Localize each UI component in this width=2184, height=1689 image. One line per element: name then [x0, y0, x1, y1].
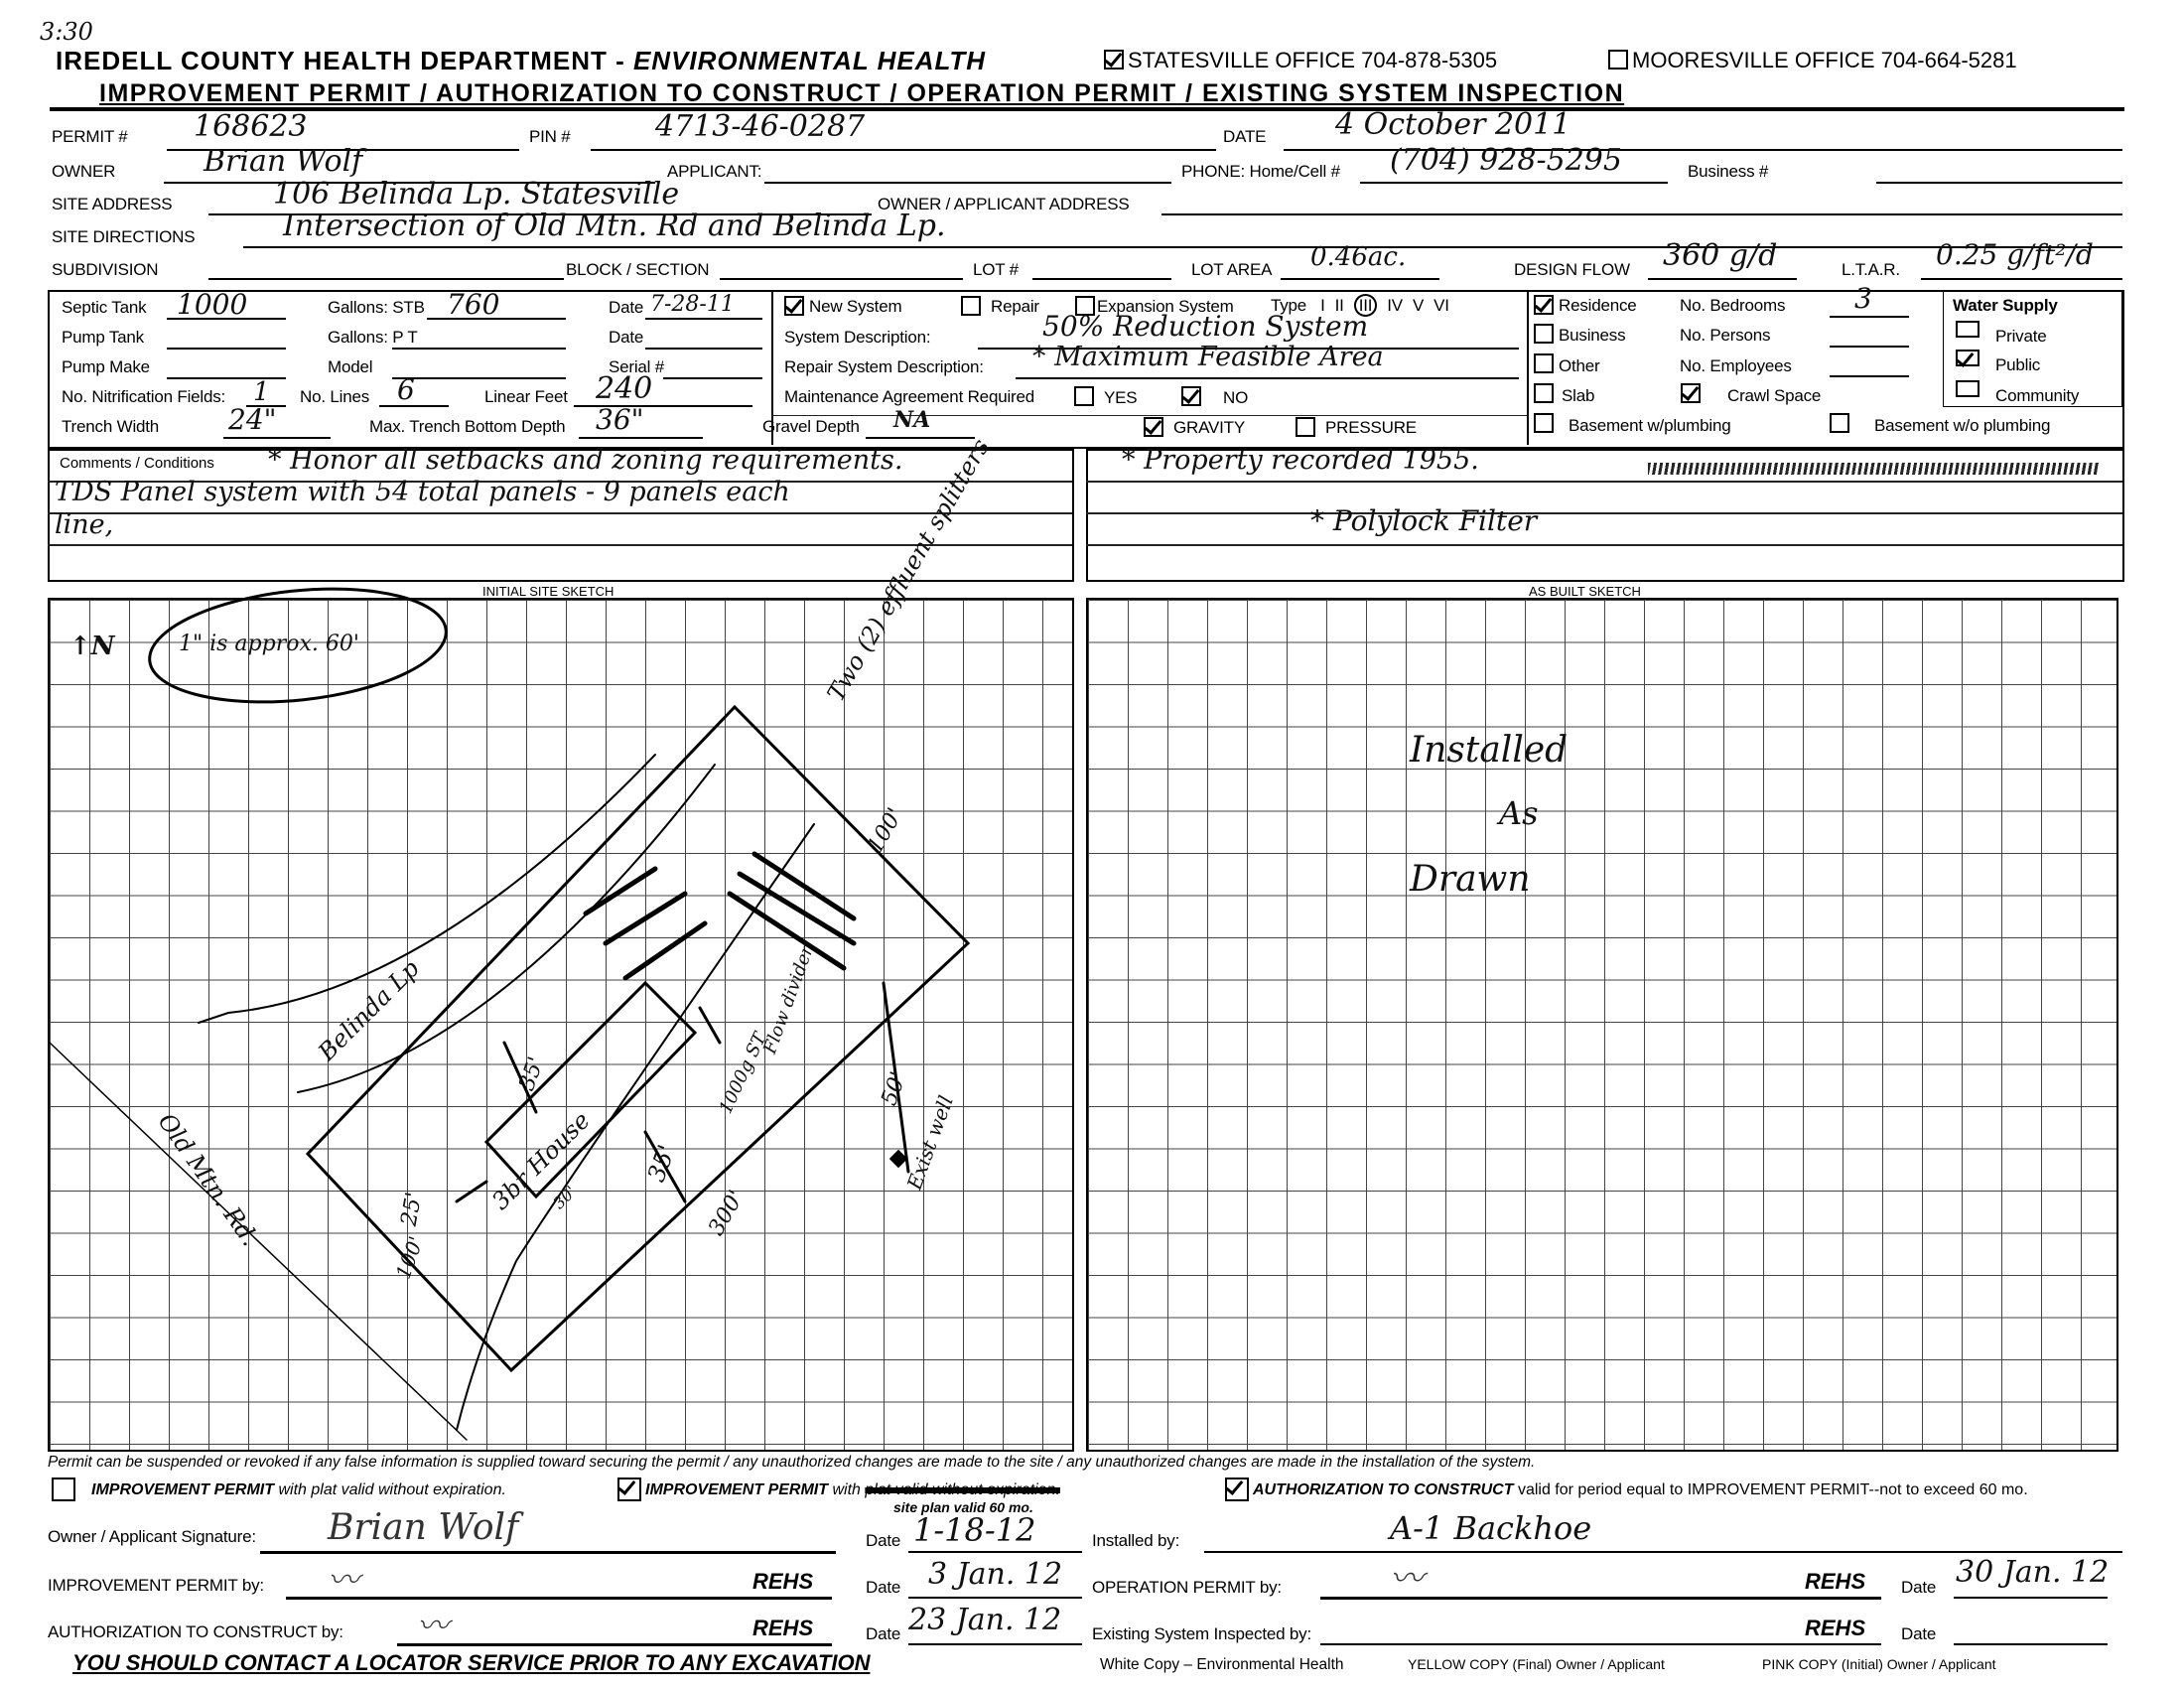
as-built-note-installed: Installed: [1410, 730, 1568, 771]
subdivision-line: [208, 278, 564, 280]
linear-feet-label: Linear Feet: [484, 387, 568, 407]
design-flow-value[interactable]: 360 g/d: [1663, 238, 1777, 273]
pin-number[interactable]: 4713-46-0287: [655, 109, 865, 144]
other-checkbox[interactable]: [1534, 353, 1554, 373]
permit-type-improvement[interactable]: IMPROVEMENT PERMIT: [99, 79, 412, 107]
comments-label: Comments / Conditions: [60, 455, 214, 472]
trench-width-line: [223, 437, 331, 439]
as-built-sketch-title: AS BUILT SKETCH: [1529, 584, 1641, 599]
maint-row-rule: [771, 415, 1527, 416]
phone-field-line: [1360, 182, 1668, 184]
ip-site-plan-rest: with: [828, 1481, 865, 1498]
maintenance-yes-checkbox[interactable]: [1074, 386, 1094, 406]
system-description-value[interactable]: 50% Reduction System: [1042, 310, 1368, 343]
design-flow-line: [1648, 278, 1797, 280]
nitrification-fields-label: No. Nitrification Fields:: [62, 387, 225, 407]
office-statesville[interactable]: STATESVILLE OFFICE 704-878-5305: [1104, 48, 1497, 73]
ip-site-plan-option: IMPROVEMENT PERMIT with plat valid witho…: [645, 1481, 1060, 1499]
divider-2: [1527, 290, 1529, 445]
slab-label: Slab: [1562, 386, 1594, 406]
atc-date-label: Date: [866, 1624, 900, 1644]
no-lines-label: No. Lines: [300, 387, 369, 407]
ip-no-expiration-bold: IMPROVEMENT PERMIT: [91, 1481, 274, 1498]
residence-label: Residence: [1559, 296, 1637, 316]
installed-by-value[interactable]: A-1 Backhoe: [1390, 1509, 1591, 1547]
pin-field-line: [591, 149, 1216, 151]
employees-label: No. Employees: [1680, 356, 1792, 376]
gallons-stb-label: Gallons: STB: [328, 298, 425, 318]
gravity-checkbox[interactable]: [1144, 417, 1163, 437]
north-arrow-note: ↑N: [69, 632, 115, 661]
owner-date-value[interactable]: 1-18-12: [913, 1511, 1035, 1549]
repair-description-label: Repair System Description:: [784, 357, 984, 377]
ip-by-label: IMPROVEMENT PERMIT by:: [48, 1576, 264, 1596]
business-checkbox[interactable]: [1534, 324, 1554, 344]
max-depth-line: [579, 437, 703, 439]
owner-signature[interactable]: Brian Wolf: [328, 1507, 518, 1548]
scribbled-out-text: [1648, 463, 2100, 475]
date-label: DATE: [1223, 127, 1266, 147]
comment-rule: [1086, 544, 2122, 546]
op-date-label: Date: [1901, 1578, 1936, 1598]
other-label: Other: [1559, 356, 1600, 376]
private-checkbox[interactable]: [1956, 321, 1979, 338]
agency-name: IREDELL COUNTY HEALTH DEPARTMENT -: [56, 46, 633, 75]
bedrooms-value[interactable]: 3: [1854, 282, 1872, 315]
time-note: 3:30: [40, 18, 93, 46]
as-built-note-as: As: [1499, 794, 1539, 832]
comment-left-line-1[interactable]: * Honor all setbacks and zoning requirem…: [268, 445, 902, 476]
permit-label: PERMIT #: [52, 127, 128, 147]
tank-date-label: Date: [609, 298, 643, 318]
business-type-label: Business: [1559, 326, 1625, 346]
ip-by-line: [286, 1597, 832, 1600]
installed-by-label: Installed by:: [1092, 1531, 1179, 1551]
atc-rehs: REHS: [752, 1616, 813, 1641]
new-system-label: New System: [809, 297, 901, 317]
owner-name[interactable]: Brian Wolf: [204, 144, 362, 179]
statesville-checkbox[interactable]: [1104, 50, 1124, 70]
atc-rest: valid for period equal to IMPROVEMENT PE…: [1514, 1481, 2028, 1498]
comment-rule: [48, 512, 1072, 514]
op-rehs: REHS: [1805, 1569, 1865, 1595]
septic-tank-label: Septic Tank: [62, 298, 146, 318]
pump-make-label: Pump Make: [62, 357, 150, 377]
pump-tank-line: [167, 348, 286, 350]
locator-warning: YOU SHOULD CONTACT A LOCATOR SERVICE PRI…: [72, 1650, 870, 1676]
gravel-depth-value[interactable]: NA: [893, 407, 930, 433]
community-checkbox[interactable]: [1956, 380, 1979, 397]
permit-type-authorization[interactable]: AUTHORIZATION TO CONSTRUCT: [436, 79, 882, 107]
residence-checkbox[interactable]: [1534, 295, 1554, 315]
repair-checkbox[interactable]: [961, 296, 981, 316]
op-date-value[interactable]: 30 Jan. 12: [1956, 1555, 2109, 1590]
mooresville-checkbox[interactable]: [1608, 50, 1628, 70]
division-name: ENVIRONMENTAL HEALTH: [633, 46, 986, 75]
gallons-pt-label: Gallons: P T: [328, 328, 418, 348]
crawl-space-checkbox[interactable]: [1681, 383, 1701, 403]
septic-tank-value[interactable]: 1000: [177, 288, 247, 321]
tank-date-value[interactable]: 7-28-11: [650, 292, 735, 317]
owner-signature-label: Owner / Applicant Signature:: [48, 1527, 256, 1547]
owner-date-line: [908, 1551, 1082, 1553]
initial-sketch-title: INITIAL SITE SKETCH: [482, 584, 614, 599]
atc-checkbox[interactable]: [1225, 1478, 1249, 1501]
yellow-copy-note: YELLOW COPY (Final) Owner / Applicant: [1408, 1656, 1665, 1672]
basement-wo-checkbox[interactable]: [1830, 413, 1849, 433]
maintenance-yes-label: YES: [1104, 388, 1137, 408]
type-option-iv[interactable]: IV: [1387, 296, 1403, 315]
ip-site-plan-checkbox[interactable]: [617, 1478, 641, 1501]
scale-note: 1" is approx. 60': [179, 632, 359, 656]
site-directions-value[interactable]: Intersection of Old Mtn. Rd and Belinda …: [283, 209, 946, 243]
atc-by-signature[interactable]: 〰: [417, 1601, 449, 1646]
lot-area-label: LOT AREA: [1191, 260, 1272, 280]
atc-by-line: [397, 1643, 832, 1646]
ltar-label: L.T.A.R.: [1842, 260, 1900, 280]
permit-type-operation[interactable]: OPERATION PERMIT: [906, 79, 1176, 107]
gravel-depth-line: [866, 437, 975, 439]
crawl-space-label: Crawl Space: [1727, 386, 1821, 406]
private-label: Private: [1995, 327, 2047, 347]
repair-description-line: [1016, 377, 1519, 379]
atc-date-line: [908, 1643, 1082, 1645]
ip-date-line: [908, 1597, 1082, 1599]
comment-rule: [1086, 512, 2122, 514]
ip-site-plan-bold: IMPROVEMENT PERMIT: [645, 1481, 828, 1498]
op-by-signature[interactable]: 〰: [1390, 1551, 1424, 1600]
maintenance-no-label: NO: [1223, 388, 1248, 408]
lot-area-value[interactable]: 0.46ac.: [1310, 242, 1406, 272]
ltar-line: [1921, 278, 2122, 280]
atc-date-value[interactable]: 23 Jan. 12: [908, 1603, 1061, 1637]
revocation-disclaimer: Permit can be suspended or revoked if an…: [48, 1454, 1535, 1472]
op-by-label: OPERATION PERMIT by:: [1092, 1578, 1282, 1598]
ip-date-label: Date: [866, 1578, 900, 1598]
phone-value[interactable]: (704) 928-5295: [1390, 143, 1622, 178]
trench-width-value[interactable]: 24": [228, 403, 277, 436]
pin-label: PIN #: [529, 127, 571, 147]
water-supply-title: Water Supply: [1953, 296, 2058, 316]
existing-rehs: REHS: [1805, 1616, 1865, 1641]
header-rule: [50, 107, 2124, 111]
comment-left-line-2[interactable]: TDS Panel system with 54 total panels - …: [55, 477, 790, 507]
model-line: [392, 377, 566, 379]
max-depth-label: Max. Trench Bottom Depth: [369, 417, 565, 437]
repair-description-value[interactable]: * Maximum Feasible Area: [1032, 342, 1384, 372]
block-line: [720, 278, 963, 280]
owner-signature-line: [260, 1551, 836, 1554]
mooresville-label: MOORESVILLE OFFICE 704-664-5281: [1632, 48, 2017, 72]
public-label: Public: [1995, 355, 2040, 375]
business-label: Business #: [1688, 162, 1768, 182]
initial-site-sketch-grid[interactable]: [48, 598, 1074, 1452]
basement-w-plumbing-label: Basement w/plumbing: [1569, 416, 1730, 436]
owner-address-line: [1161, 213, 2122, 215]
ip-no-expiration-checkbox[interactable]: [52, 1478, 75, 1501]
installed-by-line: [1204, 1551, 2122, 1553]
subdivision-label: SUBDIVISION: [52, 260, 158, 280]
permit-number[interactable]: 168623: [194, 109, 308, 144]
linear-feet-value[interactable]: 240: [596, 371, 652, 406]
statesville-label: STATESVILLE OFFICE 704-878-5305: [1128, 48, 1497, 72]
comment-right-line-1[interactable]: * Property recorded 1955.: [1122, 445, 1479, 476]
ip-no-expiration-option: IMPROVEMENT PERMIT with plat valid witho…: [91, 1481, 506, 1499]
as-built-note-drawn: Drawn: [1410, 859, 1531, 900]
tank-date-line: [645, 318, 762, 320]
basement-wo-plumbing-label: Basement w/o plumbing: [1874, 416, 2050, 436]
permit-date[interactable]: 4 October 2011: [1335, 107, 1570, 142]
design-flow-label: DESIGN FLOW: [1514, 260, 1630, 280]
permit-type-existing: EXISTING SYSTEM INSPECTION: [1202, 79, 1624, 107]
ip-date-value[interactable]: 3 Jan. 12: [928, 1557, 1062, 1592]
pump-date-label: Date: [609, 328, 643, 348]
persons-label: No. Persons: [1680, 326, 1770, 346]
owner-date-label: Date: [866, 1531, 900, 1551]
pump-tank-label: Pump Tank: [62, 328, 144, 348]
white-copy-note: White Copy – Environmental Health: [1100, 1656, 1344, 1674]
model-label: Model: [328, 357, 372, 377]
basement-w-checkbox[interactable]: [1534, 413, 1554, 433]
phone-label: PHONE: Home/Cell #: [1181, 162, 1340, 182]
comment-rule: [1086, 481, 2122, 483]
persons-line: [1830, 346, 1909, 348]
office-mooresville[interactable]: MOORESVILLE OFFICE 704-664-5281: [1608, 48, 2017, 73]
ltar-value[interactable]: 0.25 g/ft²/d: [1936, 238, 2094, 271]
agency-title: IREDELL COUNTY HEALTH DEPARTMENT - ENVIR…: [56, 46, 986, 76]
gravity-label: GRAVITY: [1173, 418, 1245, 438]
block-label: BLOCK / SECTION: [566, 260, 709, 280]
atc-bold: AUTHORIZATION TO CONSTRUCT: [1253, 1481, 1514, 1498]
site-address-value[interactable]: 106 Belinda Lp. Statesville: [273, 177, 679, 211]
atc-option: AUTHORIZATION TO CONSTRUCT valid for per…: [1253, 1481, 2028, 1499]
ip-by-signature[interactable]: 〰: [328, 1555, 359, 1601]
lot-label: LOT #: [973, 260, 1019, 280]
slab-checkbox[interactable]: [1534, 383, 1554, 403]
site-address-label: SITE ADDRESS: [52, 195, 172, 214]
existing-inspected-line: [1320, 1643, 1881, 1645]
ip-no-expiration-rest: with plat valid without expiration.: [274, 1481, 506, 1498]
pressure-label: PRESSURE: [1325, 418, 1417, 438]
trench-width-label: Trench Width: [62, 417, 159, 437]
existing-date-line: [1954, 1643, 2108, 1645]
community-label: Community: [1995, 386, 2079, 406]
applicant-label: APPLICANT:: [667, 162, 761, 182]
site-directions-line: [243, 246, 2122, 248]
owner-label: OWNER: [52, 162, 115, 182]
applicant-field-line: [764, 182, 1171, 184]
lot-area-line: [1281, 278, 1439, 280]
op-date-line: [1954, 1597, 2108, 1599]
site-directions-label: SITE DIRECTIONS: [52, 227, 195, 247]
existing-inspected-label: Existing System Inspected by:: [1092, 1624, 1311, 1644]
atc-by-label: AUTHORIZATION TO CONSTRUCT by:: [48, 1622, 343, 1642]
bedrooms-line: [1830, 316, 1909, 318]
comment-left-line-3[interactable]: line,: [55, 509, 113, 540]
comment-right-line-3[interactable]: * Polylock Filter: [1310, 504, 1537, 537]
as-built-sketch-grid[interactable]: [1086, 598, 2118, 1452]
gravel-depth-label: Gravel Depth: [762, 417, 860, 437]
business-field-line: [1876, 182, 2122, 184]
ip-site-plan-struck: plat valid without expiration.: [865, 1481, 1060, 1498]
pressure-checkbox[interactable]: [1296, 417, 1315, 437]
public-checkbox[interactable]: [1956, 350, 1979, 366]
pink-copy-note: PINK COPY (Initial) Owner / Applicant: [1762, 1656, 1996, 1672]
bedrooms-label: No. Bedrooms: [1680, 296, 1785, 316]
no-lines-value[interactable]: 6: [397, 373, 415, 406]
max-depth-value[interactable]: 36": [596, 403, 644, 436]
type-option-v[interactable]: V: [1413, 296, 1424, 315]
existing-date-label: Date: [1901, 1624, 1936, 1644]
employees-line: [1830, 375, 1909, 377]
pump-date-line: [645, 348, 762, 350]
permit-type-line: IMPROVEMENT PERMIT / AUTHORIZATION TO CO…: [99, 79, 1624, 108]
gallons-stb-value[interactable]: 760: [447, 288, 499, 321]
maintenance-label: Maintenance Agreement Required: [784, 387, 1034, 407]
ip-rehs: REHS: [752, 1569, 813, 1595]
gallons-pt-line: [392, 348, 566, 350]
serial-line: [663, 377, 762, 379]
system-description-label: System Description:: [784, 328, 930, 348]
type-option-vi[interactable]: VI: [1433, 296, 1449, 315]
maintenance-no-checkbox[interactable]: [1181, 386, 1201, 406]
repair-label: Repair: [991, 297, 1039, 317]
new-system-checkbox[interactable]: [784, 296, 804, 316]
lot-line: [1032, 278, 1171, 280]
